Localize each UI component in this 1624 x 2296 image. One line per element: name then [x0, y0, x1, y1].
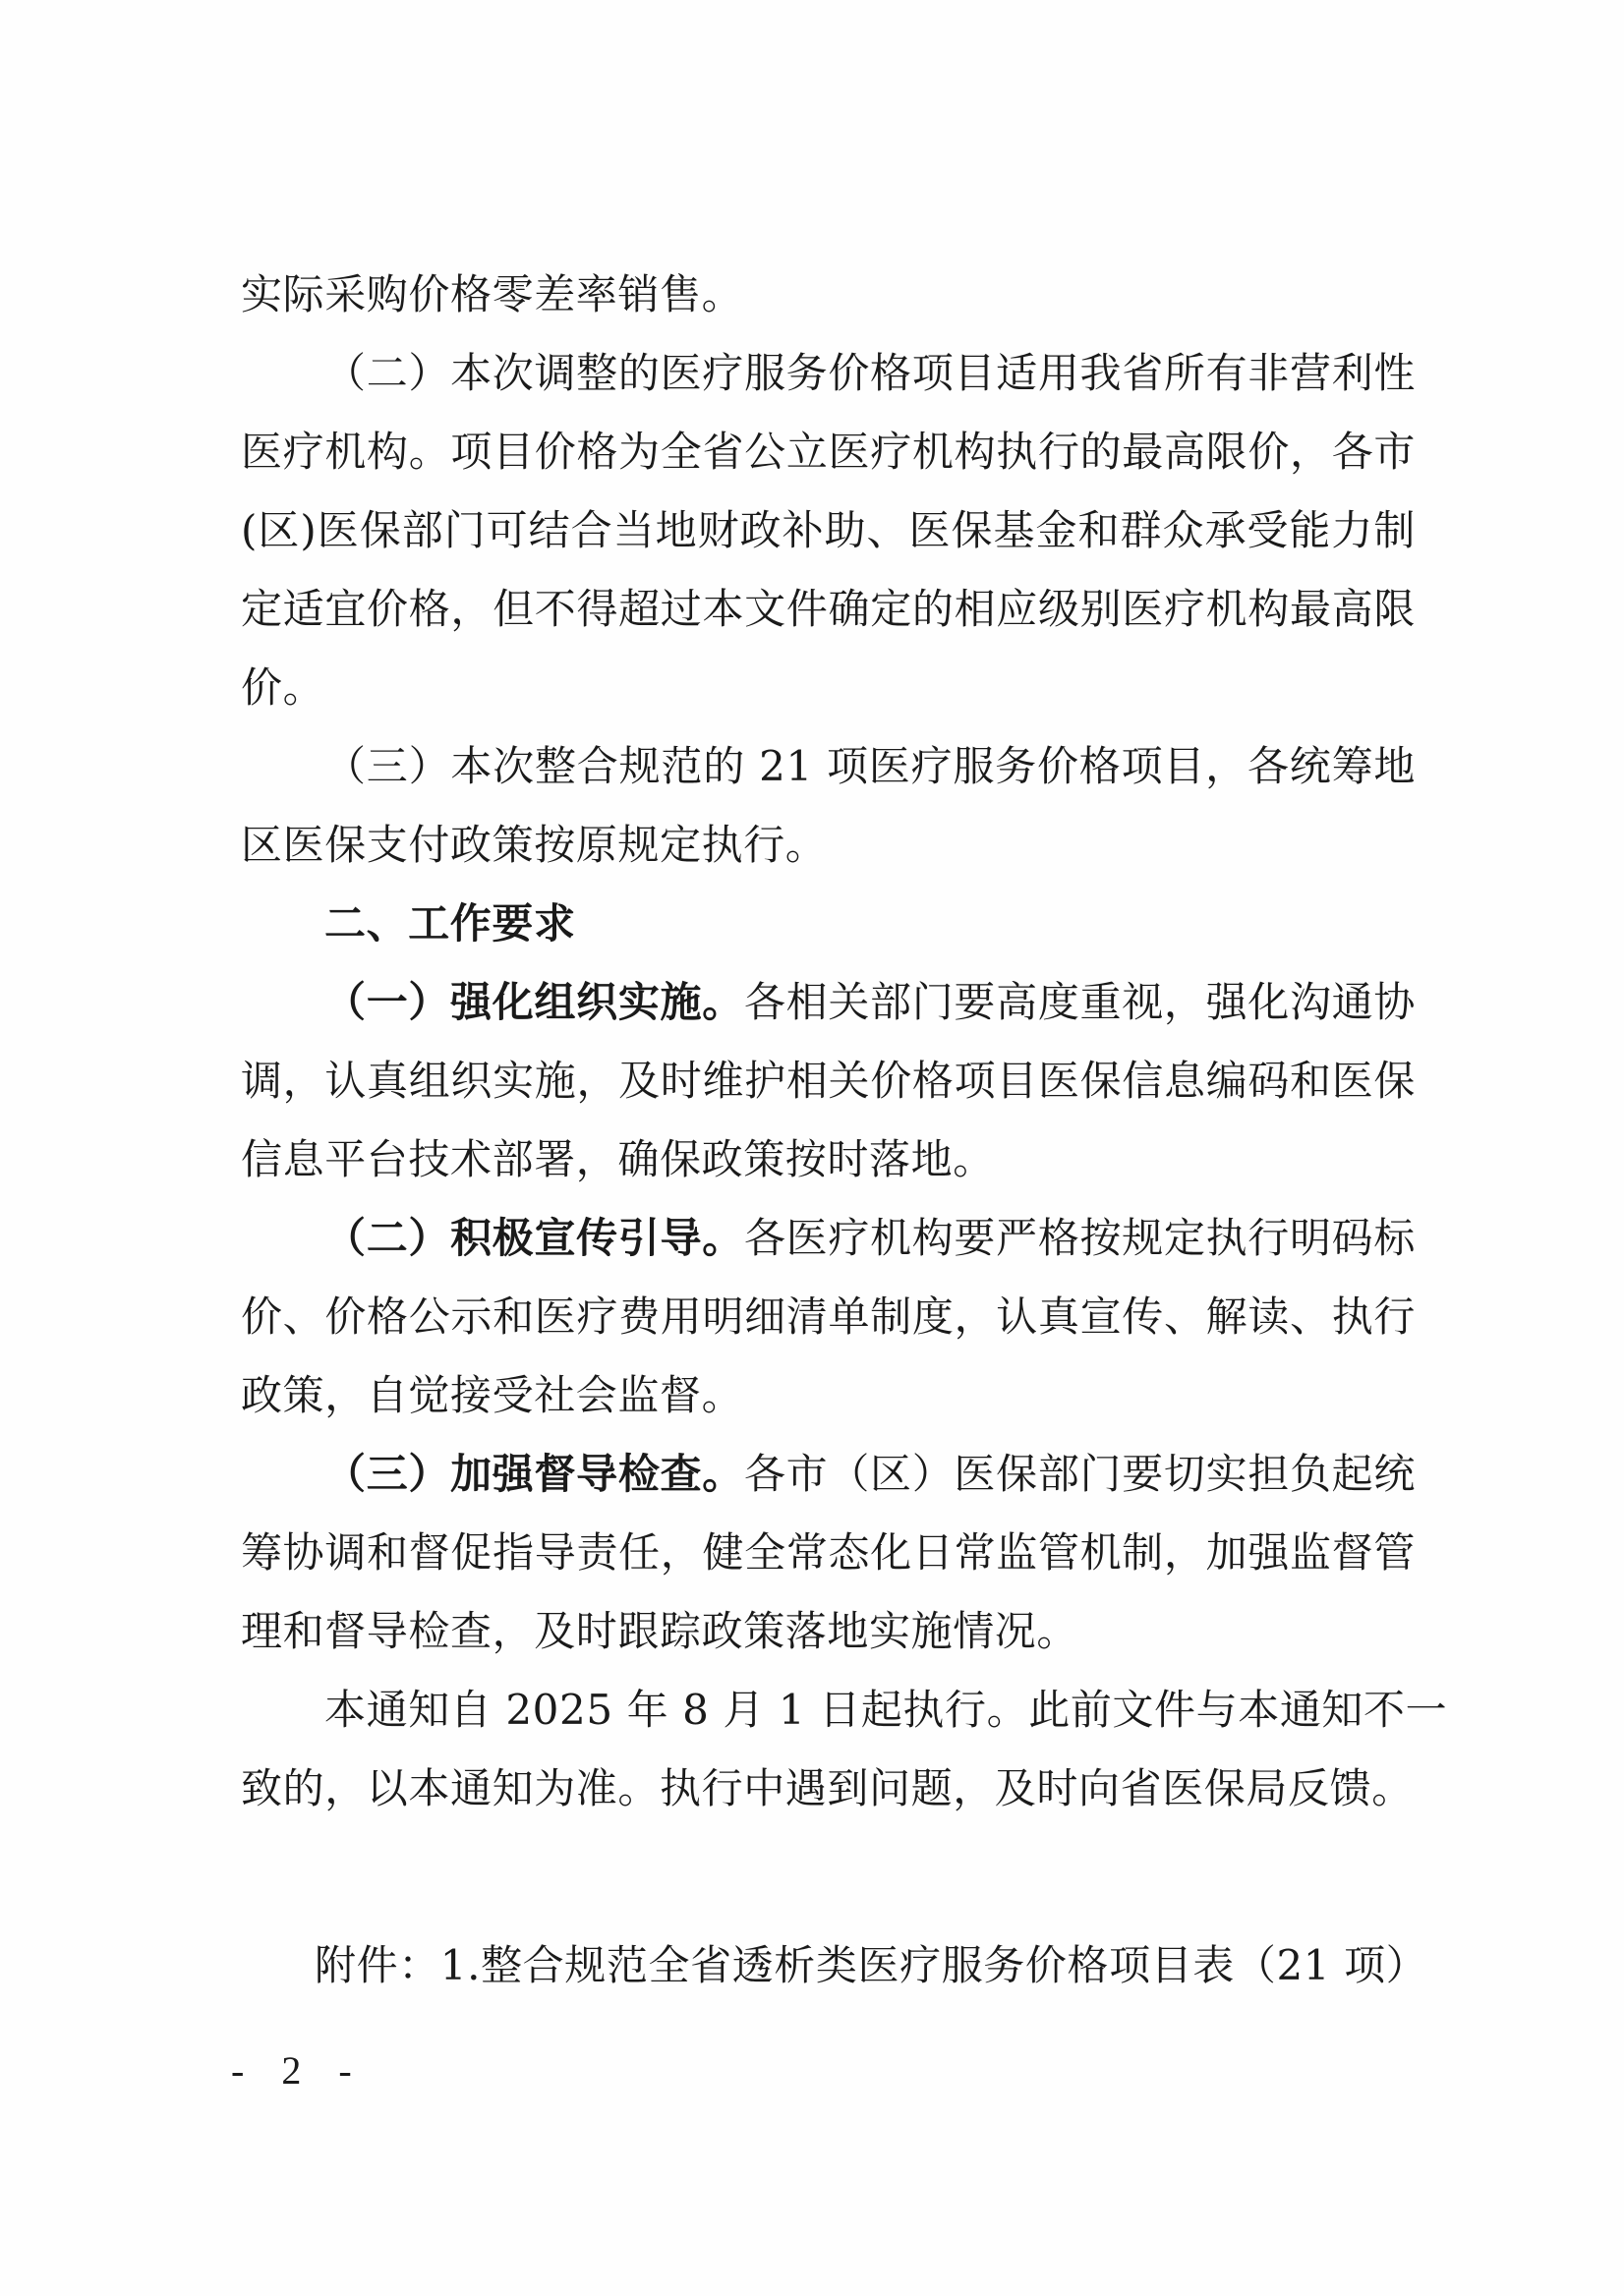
paragraph-line: 理和督导检查，及时跟踪政策落地实施情况。 — [241, 1604, 1416, 1659]
requirement-title: （一）强化组织实施。 — [324, 978, 744, 1026]
paragraph-line: 筹协调和督促指导责任，健全常态化日常监管机制，加强监督管 — [241, 1525, 1416, 1580]
paragraph-line: 医疗机构。项目价格为全省公立医疗机构执行的最高限价，各市 — [241, 425, 1416, 480]
paragraph-line: 本通知自 2025 年 8 月 1 日起执行。此前文件与本通知不一 — [324, 1683, 1416, 1738]
paragraph-line: （三）本次整合规范的 21 项医疗服务价格项目，各统筹地 — [324, 739, 1416, 794]
paragraph-line: 价、价格公示和医疗费用明细清单制度，认真宣传、解读、执行 — [241, 1290, 1416, 1345]
paragraph-line: 定适宜价格，但不得超过本文件确定的相应级别医疗机构最高限 — [241, 582, 1416, 637]
paragraph-line: 信息平台技术部署，确保政策按时落地。 — [241, 1132, 1416, 1187]
section-heading: 二、工作要求 — [324, 896, 1416, 951]
requirement-title: （二）积极宣传引导。 — [324, 1214, 744, 1262]
paragraph-line: 区医保支付政策按原规定执行。 — [241, 818, 1416, 873]
requirement-title: （三）加强督导检查。 — [324, 1450, 744, 1498]
paragraph-line: 价。 — [241, 660, 1416, 716]
requirement-text: 各市（区）医保部门要切实担负起统 — [744, 1450, 1416, 1498]
page-number: - 2 - — [231, 2046, 366, 2095]
requirement-first-line: （一）强化组织实施。各相关部门要高度重视，强化沟通协 — [324, 975, 1416, 1030]
document-page: 实际采购价格零差率销售。 （二）本次调整的医疗服务价格项目适用我省所有非营利性 … — [0, 0, 1624, 2296]
paragraph-line: 调，认真组织实施，及时维护相关价格项目医保信息编码和医保 — [241, 1054, 1416, 1109]
requirement-first-line: （三）加强督导检查。各市（区）医保部门要切实担负起统 — [324, 1447, 1416, 1502]
paragraph-line: 政策，自觉接受社会监督。 — [241, 1368, 1416, 1423]
requirement-text: 各相关部门要高度重视，强化沟通协 — [744, 978, 1416, 1026]
paragraph-continuation-line: 实际采购价格零差率销售。 — [241, 267, 1416, 322]
attachment-line: 附件：1.整合规范全省透析类医疗服务价格项目表（21 项） — [315, 1938, 1406, 1993]
requirement-first-line: （二）积极宣传引导。各医疗机构要严格按规定执行明码标 — [324, 1211, 1416, 1266]
paragraph-line: 致的，以本通知为准。执行中遇到问题，及时向省医保局反馈。 — [241, 1761, 1416, 1816]
paragraph-line: （二）本次调整的医疗服务价格项目适用我省所有非营利性 — [324, 346, 1416, 401]
paragraph-line: (区)医保部门可结合当地财政补助、医保基金和群众承受能力制 — [241, 503, 1416, 558]
requirement-text: 各医疗机构要严格按规定执行明码标 — [744, 1214, 1416, 1262]
